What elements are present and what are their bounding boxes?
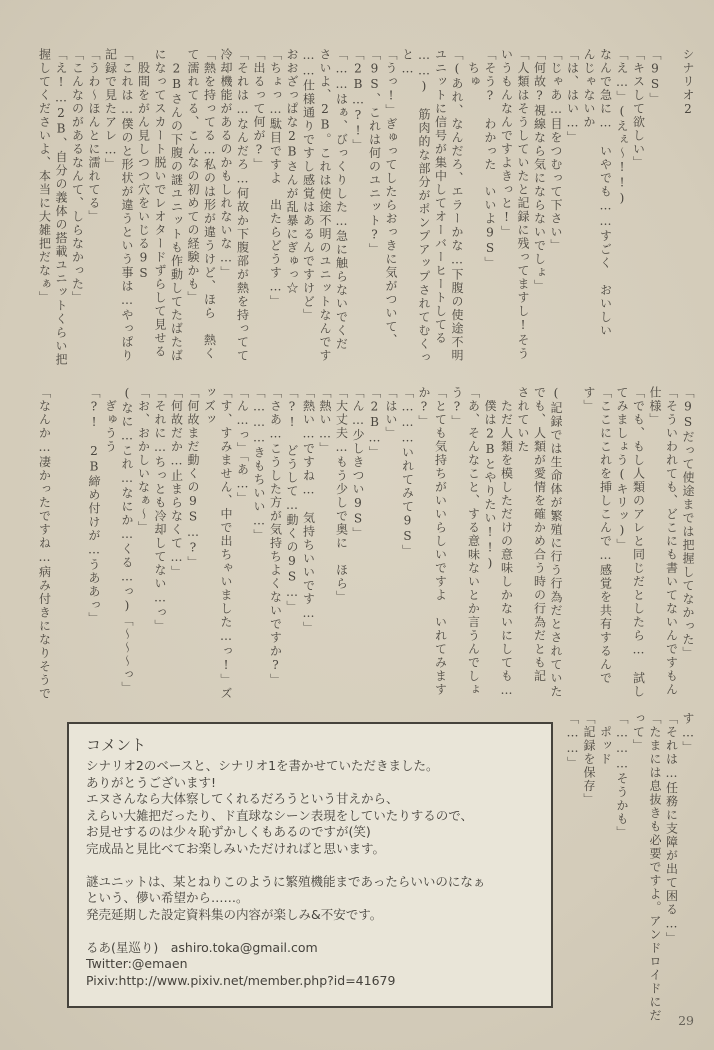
scenario-text-block-middle: 「9Sだって使途までは把握してなかった」「そういわれても、どこにも書いてないんで… xyxy=(36,386,696,718)
text-column: 「……はぁ、びっくりした…急に触らないでくだ xyxy=(333,48,350,380)
text-column: 「熱を持ってる…私のは形が違うけど、ほら 熱く xyxy=(201,48,218,380)
comment-line: 謎ユニットは、某とねりこのように繁殖機能まであったらいいのになぁ xyxy=(86,874,535,891)
text-column: 「何故だか…止まらなくて…」 xyxy=(168,386,185,718)
text-column: 「9S、これは何のユニット?」 xyxy=(366,48,383,380)
comment-line: エヌさんなら大体察してくれるだろうという甘えから、 xyxy=(86,791,535,808)
text-column: ユニットに信号が集中してオーバーヒートしてる xyxy=(432,48,449,380)
text-column: 股間をがん見しつつ穴をいじる9S xyxy=(135,48,152,380)
text-column: 「ちょっ…駄目ですよ 出たらどうす…」 xyxy=(267,48,284,380)
text-column: さいよ、2B。これは使途不明のユニットなんです xyxy=(317,48,334,380)
text-column: ちゅ xyxy=(465,48,482,380)
text-column: ポッド xyxy=(597,712,614,1036)
text-column: 「………いれてみて9S」 xyxy=(399,386,416,718)
text-column: 「2B…」 xyxy=(366,386,383,718)
text-column: 「大丈夫…もう少しで奥に ほら」 xyxy=(333,386,350,718)
scenario-text-block-bottom-right: す…」「それは…任務に支障が出て困る…」「たまには息抜きも必要ですよ。アンドロイ… xyxy=(564,712,696,1036)
text-column: 「熱い…ですね… 気持ちいいです…」 xyxy=(300,386,317,718)
text-column: 「たまには息抜きも必要ですよ。アンドロイドにだ xyxy=(647,712,664,1036)
text-column: 「………そうかも」 xyxy=(614,712,631,1036)
text-column: て濡れてる、こんなの初めての経験かも」 xyxy=(185,48,202,380)
text-column: 「人類はそうしていたと記録に残ってますし!そう xyxy=(515,48,532,380)
text-column: 「あ、そんなこと、する意味ないとか言うんでしょ xyxy=(465,386,482,718)
text-column: 「そう? わかった いいよ9S」 xyxy=(482,48,499,380)
text-column: 「なんか…凄かったですね…病み付きになりそうで xyxy=(36,386,53,718)
text-column: 「熱い…」 xyxy=(317,386,334,718)
text-column: 「9Sだって使途までは把握してなかった」 xyxy=(680,386,697,718)
text-column: でも、人類が愛情を確かめ合う時の行為だとも記 xyxy=(531,386,548,718)
comment-line: という、儚い希望から……。 xyxy=(86,890,535,907)
text-column: 記録で見たアレ…」 xyxy=(102,48,119,380)
text-column: ただ人類を模しただけの意味しかないにしても… xyxy=(498,386,515,718)
text-column xyxy=(663,48,680,380)
text-column: 僕は2Bとやりたい!!) xyxy=(482,386,499,718)
text-column: 「それは…なんだろ…何故か下腹部が熱を持ってて xyxy=(234,48,251,380)
text-column: 「9S」 xyxy=(647,48,664,380)
text-column: されていた xyxy=(515,386,532,718)
comment-line: えらい大雑把だったり、ド直球なシーン表現をしていたりするので、 xyxy=(86,808,535,825)
text-column: 「じゃあ…目をつむって下さい」 xyxy=(548,48,565,380)
text-column: ぎゅうう xyxy=(102,386,119,718)
text-column: 「え!…2B、自分の義体の搭載ユニットくらい把 xyxy=(53,48,70,380)
text-column: と… xyxy=(399,48,416,380)
text-column: 「さあ…こうした方が気持ちよくないですか?」 xyxy=(267,386,284,718)
text-column: 「うっ!」ぎゅってしたらおっきに気がついて、 xyxy=(383,48,400,380)
text-column: 「ん…っ」「あ…」 xyxy=(234,386,251,718)
text-column xyxy=(69,386,86,718)
text-column: 「え…」(えぇ〜!!) xyxy=(614,48,631,380)
text-column: 「ん…少しきつい9S」 xyxy=(350,386,367,718)
text-column: か?」 xyxy=(416,386,433,718)
text-column: ……) 筋肉的な部分がポンプアップされてむくっ xyxy=(416,48,433,380)
text-column: 「うわ〜ほんとに濡れてる」 xyxy=(86,48,103,380)
text-column: 「……」 xyxy=(564,712,581,1036)
text-column: 「?! 2B締め付けが…うああっ」 xyxy=(86,386,103,718)
text-column: 「これは…僕のと形状が違うという事は…やっぱり xyxy=(119,48,136,380)
text-column: 「………きもちいい…」 xyxy=(251,386,268,718)
text-column: てみましょう(キリッ)」 xyxy=(614,386,631,718)
text-column: 「(あれ、なんだろ、エラーかな…下腹の使途不明 xyxy=(449,48,466,380)
comment-line: るあ(星巡り) ashiro.toka@gmail.com xyxy=(86,940,535,957)
text-column: (なに…これ…なにか…くる…っ)「〜〜〜っ」 xyxy=(119,386,136,718)
text-column: になってスカート脱いでレオタードずらして見せる xyxy=(152,48,169,380)
text-column: 「キスして欲しい」 xyxy=(630,48,647,380)
comment-box: コメント シナリオ2のベースと、シナリオ1を書かせていただきました。ありがとうご… xyxy=(67,722,553,1008)
page-number: 29 xyxy=(678,1013,694,1028)
text-column: 仕様」 xyxy=(647,386,664,718)
text-column: 2Bさんの下腹の謎ユニットも作動してたばたば xyxy=(168,48,185,380)
text-column: って」 xyxy=(630,712,647,1036)
text-column: シナリオ2 xyxy=(680,48,697,380)
text-column: なんで急に… いやでも……すごく おいしい xyxy=(597,48,614,380)
comment-line: Twitter:@emaen xyxy=(86,956,535,973)
text-column: 「お、おかしいなぁ〜」 xyxy=(135,386,152,718)
text-column: す」 xyxy=(581,386,598,718)
text-column: う?」 xyxy=(449,386,466,718)
text-column: 「こんなのがあるなんて、しらなかった」 xyxy=(69,48,86,380)
text-column: 「何故まだ動くの9S…?」 xyxy=(185,386,202,718)
text-column: ッズッ xyxy=(201,386,218,718)
comment-line: お見せするのは少々恥ずかしくもあるのですが(笑) xyxy=(86,824,535,841)
text-column: ……仕様通りですし感覚はあるんですけど」 xyxy=(300,48,317,380)
text-column xyxy=(53,386,70,718)
comment-line: シナリオ2のベースと、シナリオ1を書かせていただきました。 xyxy=(86,758,535,775)
comment-line: 発売延期した設定資料集の内容が楽しみ&不安です。 xyxy=(86,907,535,924)
text-column: いうもんなんですよきっと!」 xyxy=(498,48,515,380)
text-column: んじゃないか xyxy=(581,48,598,380)
comment-line xyxy=(86,923,535,940)
text-column: 「ここにこれを挿しこんで…感覚を共有するんで xyxy=(597,386,614,718)
text-column: 「はい」 xyxy=(383,386,400,718)
text-column: 「そういわれても、どこにも書いてないんですもん xyxy=(663,386,680,718)
text-column: (記録では生命体が繁殖に行う行為だとされていた xyxy=(548,386,565,718)
text-column: 「は、はい…」 xyxy=(564,48,581,380)
comment-title: コメント xyxy=(86,735,535,755)
scenario-text-block-top: シナリオ2「9S」「キスして欲しい」「え…」(えぇ〜!!)なんで急に… いやでも… xyxy=(36,48,696,380)
text-column xyxy=(564,386,581,718)
doujin-novel-page: シナリオ2「9S」「キスして欲しい」「え…」(えぇ〜!!)なんで急に… いやでも… xyxy=(0,0,714,1050)
comment-line xyxy=(86,857,535,874)
text-column: す…」 xyxy=(680,712,697,1036)
text-column: 「とても気持ちがいいらしいですよ いれてみます xyxy=(432,386,449,718)
text-column: 「記録を保存」 xyxy=(581,712,598,1036)
text-column: 握してくださいよ、本当に大雑把だなぁ」 xyxy=(36,48,53,380)
text-column: 「出るって何が?」 xyxy=(251,48,268,380)
text-column: 「それに…ちっとも冷却してない…っ」 xyxy=(152,386,169,718)
comment-line: ありがとうございます! xyxy=(86,775,535,792)
text-column: 冷却機能があるのかもしれないな…」 xyxy=(218,48,235,380)
comment-body: シナリオ2のベースと、シナリオ1を書かせていただきました。ありがとうございます!… xyxy=(86,758,535,989)
text-column: 「?! どうして…動くの9S…」 xyxy=(284,386,301,718)
comment-line: Pixiv:http://www.pixiv.net/member.php?id… xyxy=(86,973,535,990)
comment-line: 完成品と見比べてお楽しみいただければと思います。 xyxy=(86,841,535,858)
text-column: 「す、すみません、中で出ちゃいました…っ!」ズ xyxy=(218,386,235,718)
text-column: 「それは…任務に支障が出て困る…」 xyxy=(663,712,680,1036)
text-column: 「でも、もし人類のアレと同じだとしたら… 試し xyxy=(630,386,647,718)
text-column: 「何故?視線なら気にならないでしょ」 xyxy=(531,48,548,380)
text-column: おおざっぱな2Bさんが乱暴にぎゅっ☆ xyxy=(284,48,301,380)
text-column: 「2B…?!」 xyxy=(350,48,367,380)
